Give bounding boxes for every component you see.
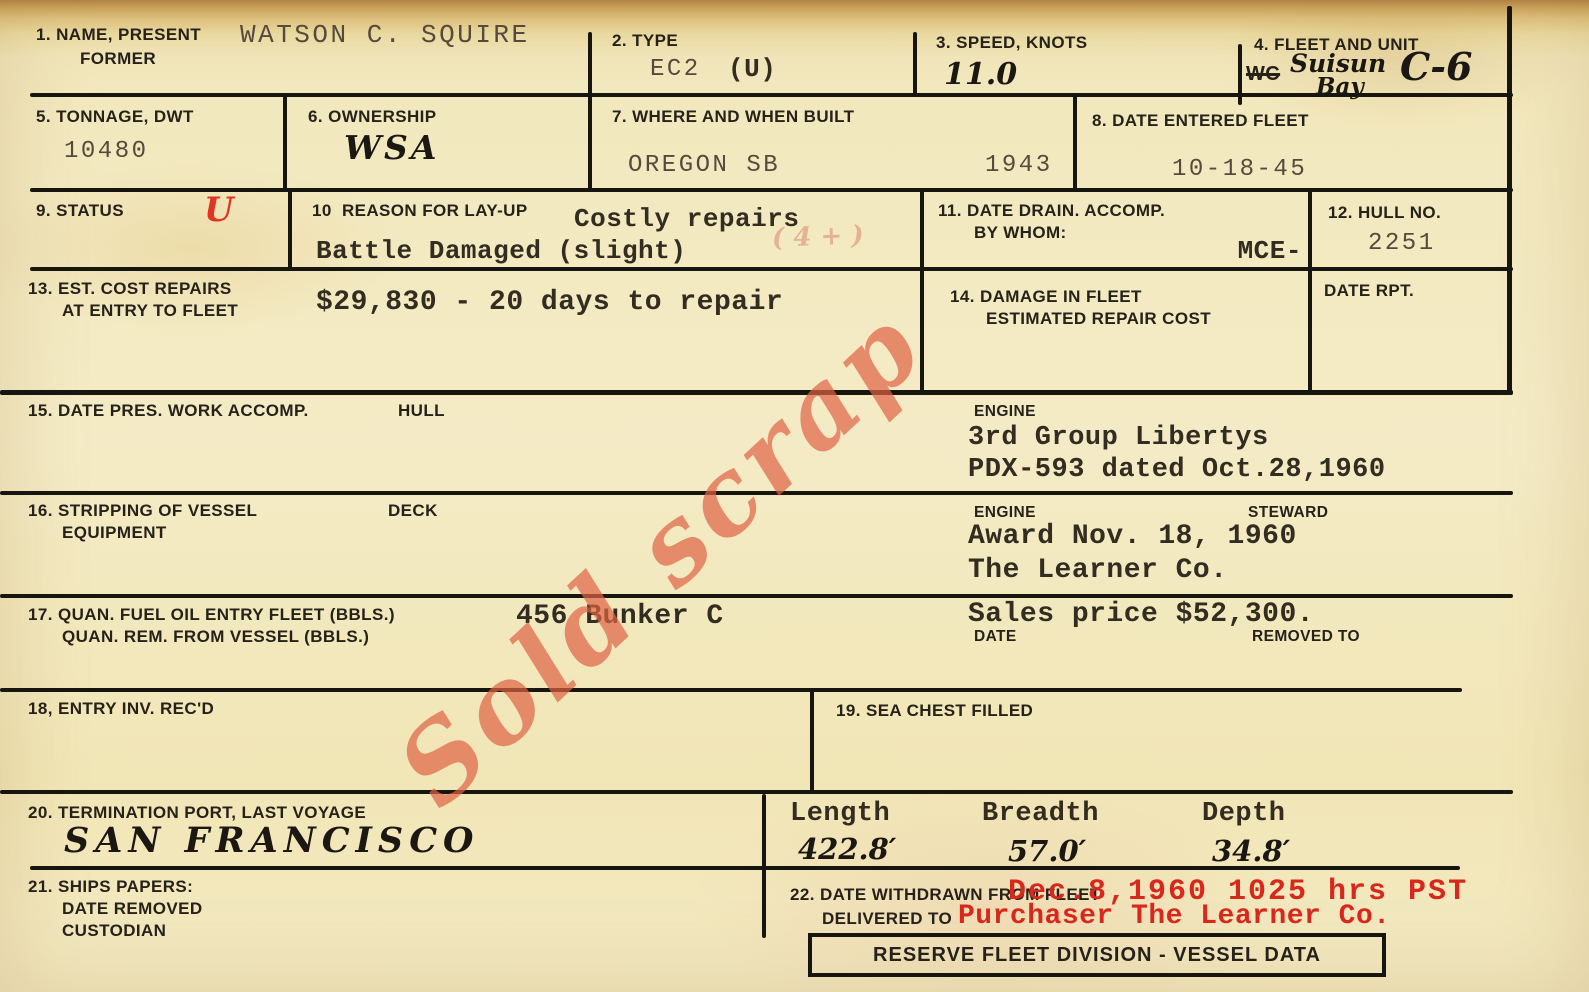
field-11-label: 11. DATE DRAIN. ACCOMP. [938,200,1165,221]
field-16-engine-value-2: The Learner Co. [968,554,1228,588]
divider-line [762,794,766,868]
field-7-label: 7. WHERE AND WHEN BUILT [612,106,854,127]
divider-line [588,95,592,190]
divider-line [1507,6,1512,394]
field-4-unit: C-6 [1400,46,1472,88]
field-21-sublabel-1: DATE REMOVED [62,898,203,919]
field-1-value-vessel-name: WATSON C. SQUIRE [240,20,530,51]
field-22-delivered-to: Purchaser The Learner Co. [958,900,1391,934]
field-4-struck-wc: WC [1246,62,1280,87]
field-10-faint-note: ( 4 + ) [772,220,865,253]
field-1-sublabel: FORMER [80,48,156,69]
divider-line [1073,95,1077,190]
field-9-label: 9. STATUS [36,200,124,221]
dims-depth-label: Depth [1202,798,1286,830]
divider-line [30,267,1513,271]
vessel-data-card: 1. NAME, PRESENT FORMER WATSON C. SQUIRE… [0,0,1589,992]
field-21-sublabel-2: CUSTODIAN [62,920,166,941]
divider-line [913,32,917,95]
dims-breadth-label: Breadth [982,798,1099,830]
field-15-engine-value-1: 3rd Group Libertys [968,422,1269,454]
field-21-label: 21. SHIPS PAPERS: [28,876,193,897]
field-13-value-repair-cost: $29,830 - 20 days to repair [316,286,783,320]
divider-line [283,95,287,190]
field-15-hull-label: HULL [398,400,445,421]
field-10-value-reason-2: Battle Damaged (slight) [316,236,686,267]
field-15-label: 15. DATE PRES. WORK ACCOMP. [28,400,309,421]
field-3-label: 3. SPEED, KNOTS [936,32,1087,53]
field-1-label: 1. NAME, PRESENT [36,24,201,45]
field-16-label: 16. STRIPPING OF VESSEL [28,500,257,521]
divider-line [0,688,1462,692]
divider-line [0,790,1513,794]
divider-line [810,688,814,792]
field-13-sublabel: AT ENTRY TO FLEET [62,300,238,321]
field-14-label: 14. DAMAGE IN FLEET [950,286,1142,307]
field-11-value-by-whom: MCE- [1180,236,1302,267]
field-10-label: 10 REASON FOR LAY-UP [312,200,528,221]
field-17-removed-to-label: REMOVED TO [1252,627,1360,646]
dims-breadth-value: 57.0′ [1008,836,1086,868]
field-2-value-type: EC2 [650,56,701,85]
field-2-label: 2. TYPE [612,30,678,51]
field-2-value-type-suffix: (U) [728,54,776,85]
reserve-fleet-division-box: RESERVE FLEET DIVISION - VESSEL DATA [808,933,1386,977]
field-10-value-reason-1: Costly repairs [574,204,799,235]
divider-line [762,868,766,938]
field-6-label: 6. OWNERSHIP [308,106,437,127]
field-18-label: 18, ENTRY INV. REC'D [28,698,214,719]
field-20-value-port: SAN FRANCISCO [64,822,480,861]
field-8-value-date-entered: 10-18-45 [1172,156,1307,185]
field-17-date-label: DATE [974,627,1017,646]
field-5-value-tonnage: 10480 [64,138,149,167]
field-14-sublabel: ESTIMATED REPAIR COST [986,308,1211,329]
reserve-fleet-division-title: RESERVE FLEET DIVISION - VESSEL DATA [873,943,1321,968]
field-16-deck-label: DECK [388,500,438,521]
field-5-label: 5. TONNAGE, DWT [36,106,194,127]
dims-depth-value: 34.8′ [1212,836,1290,868]
field-12-label: 12. HULL NO. [1328,202,1441,223]
field-16-sublabel: EQUIPMENT [62,522,167,543]
field-17-sublabel: QUAN. REM. FROM VESSEL (BBLS.) [62,626,369,647]
field-8-label: 8. DATE ENTERED FLEET [1092,110,1309,131]
field-13-label: 13. EST. COST REPAIRS [28,278,232,299]
field-16-engine-value-1: Award Nov. 18, 1960 [968,520,1297,554]
divider-line [1238,44,1242,105]
field-12-value-hull-no: 2251 [1368,230,1436,259]
field-6-value-ownership: WSA [344,130,440,166]
divider-line [1308,190,1312,393]
field-11-sublabel: BY WHOM: [974,222,1067,243]
field-17-label: 17. QUAN. FUEL OIL ENTRY FLEET (BBLS.) [28,604,395,625]
dims-length-label: Length [790,798,890,830]
divider-line [588,32,592,95]
sold-scrap-annotation: Sold scrap [381,311,920,824]
field-19-label: 19. SEA CHEST FILLED [836,700,1033,721]
divider-line [30,188,1513,192]
field-7-value-builder: OREGON SB [628,152,780,181]
divider-line [30,93,1513,97]
field-15-engine-label: ENGINE [974,402,1036,421]
field-22-sublabel: DELIVERED TO [822,908,952,929]
field-15-engine-value-2: PDX-593 dated Oct.28,1960 [968,454,1386,486]
dims-length-value: 422.8′ [798,834,896,866]
field-14-date-rpt-label: DATE RPT. [1324,280,1414,301]
divider-line [288,190,292,269]
field-9-value-status: U [204,192,234,229]
field-4-fleet-name-2: Bay [1316,74,1364,99]
field-7-value-year: 1943 [985,152,1053,181]
field-3-value-speed: 11.0 [944,58,1017,91]
